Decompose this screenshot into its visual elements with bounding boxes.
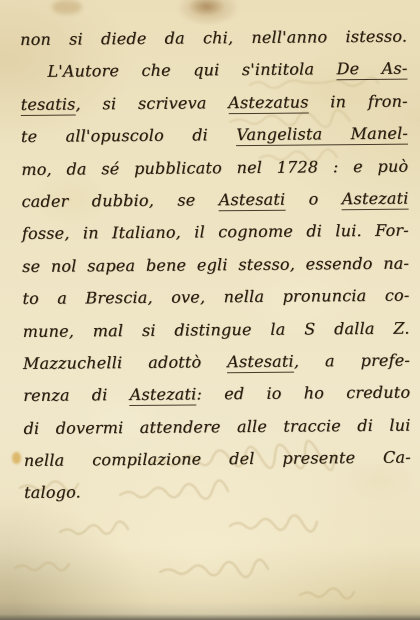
manuscript-text: non si diede da chi, nell'anno istesso.L… xyxy=(20,21,411,510)
manuscript-line: tesatis, si scriveva Astezatus in fron- xyxy=(21,85,408,121)
text-segment: L'Autore che qui s'intitola xyxy=(47,60,336,82)
manuscript-page-photo: non si diede da chi, nell'anno istesso.L… xyxy=(0,0,420,620)
manuscript-line: non si diede da chi, nell'anno istesso. xyxy=(20,21,407,57)
manuscript-line: cader dubbio, se Astesati o Astezati xyxy=(21,183,408,219)
manuscript-line: di dovermi attendere alle traccie di lui xyxy=(23,409,410,445)
manuscript-line: mo, da sé pubblicato nel 1728 : e può xyxy=(21,150,408,186)
text-segment: : ed io ho creduto xyxy=(196,383,410,404)
manuscript-line: te all'opuscolo di Vangelista Manel- xyxy=(21,118,408,154)
manuscript-line: fosse, in Italiano, il cognome di lui. F… xyxy=(22,215,409,251)
underlined-word: Astesati xyxy=(227,352,294,374)
text-segment: o xyxy=(285,189,342,208)
text-segment: di dovermi attendere alle traccie di lui xyxy=(23,415,410,437)
text-segment: mune, mal si distingue la S dalla Z. xyxy=(23,318,410,340)
manuscript-line: to a Brescia, ove, nella pronuncia co- xyxy=(22,280,409,316)
underlined-word: Vangelista Manel- xyxy=(236,124,408,146)
text-segment: mo, da sé pubblicato nel 1728 : e può xyxy=(21,156,408,178)
manuscript-line: se nol sapea bene egli stesso, essendo n… xyxy=(22,247,409,283)
text-segment: Mazzuchelli adottò xyxy=(23,352,227,373)
text-segment: , si scriveva xyxy=(75,93,228,113)
text-segment: non si diede da chi, nell'anno istesso. xyxy=(20,27,407,49)
paper-fleck-stain xyxy=(12,452,21,464)
text-segment: in fron- xyxy=(308,91,407,111)
text-segment: te all'opuscolo di xyxy=(21,125,236,146)
text-segment: talogo. xyxy=(24,483,81,502)
text-segment: cader dubbio, se xyxy=(21,190,218,211)
underlined-word: Astezatus xyxy=(228,92,309,114)
underlined-word: Astezati xyxy=(130,385,197,407)
underlined-word: Astezati xyxy=(342,189,409,211)
underlined-word: Astesati xyxy=(219,190,286,212)
manuscript-line: renza di Astezati: ed io ho creduto xyxy=(23,377,410,413)
manuscript-line: Mazzuchelli adottò Astesati, a prefe- xyxy=(23,345,410,381)
paper-stain xyxy=(52,0,82,14)
text-segment: renza di xyxy=(23,385,130,405)
underlined-word: tesatis xyxy=(21,94,76,115)
manuscript-line: mune, mal si distingue la S dalla Z. xyxy=(23,312,410,348)
text-segment: se nol sapea bene egli stesso, essendo n… xyxy=(22,253,409,275)
photo-bottom-edge xyxy=(0,614,420,620)
text-segment: fosse, in Italiano, il cognome di lui. F… xyxy=(22,221,409,243)
text-segment: nella compilazione del presente Ca- xyxy=(24,448,411,470)
manuscript-line: nella compilazione del presente Ca- xyxy=(24,442,411,478)
manuscript-line: talogo. xyxy=(24,474,411,510)
manuscript-line: L'Autore che qui s'intitola De As- xyxy=(20,53,407,89)
text-segment: , a prefe- xyxy=(294,351,410,371)
text-segment: to a Brescia, ove, nella pronuncia co- xyxy=(22,286,409,308)
underlined-word: De As- xyxy=(336,59,407,81)
